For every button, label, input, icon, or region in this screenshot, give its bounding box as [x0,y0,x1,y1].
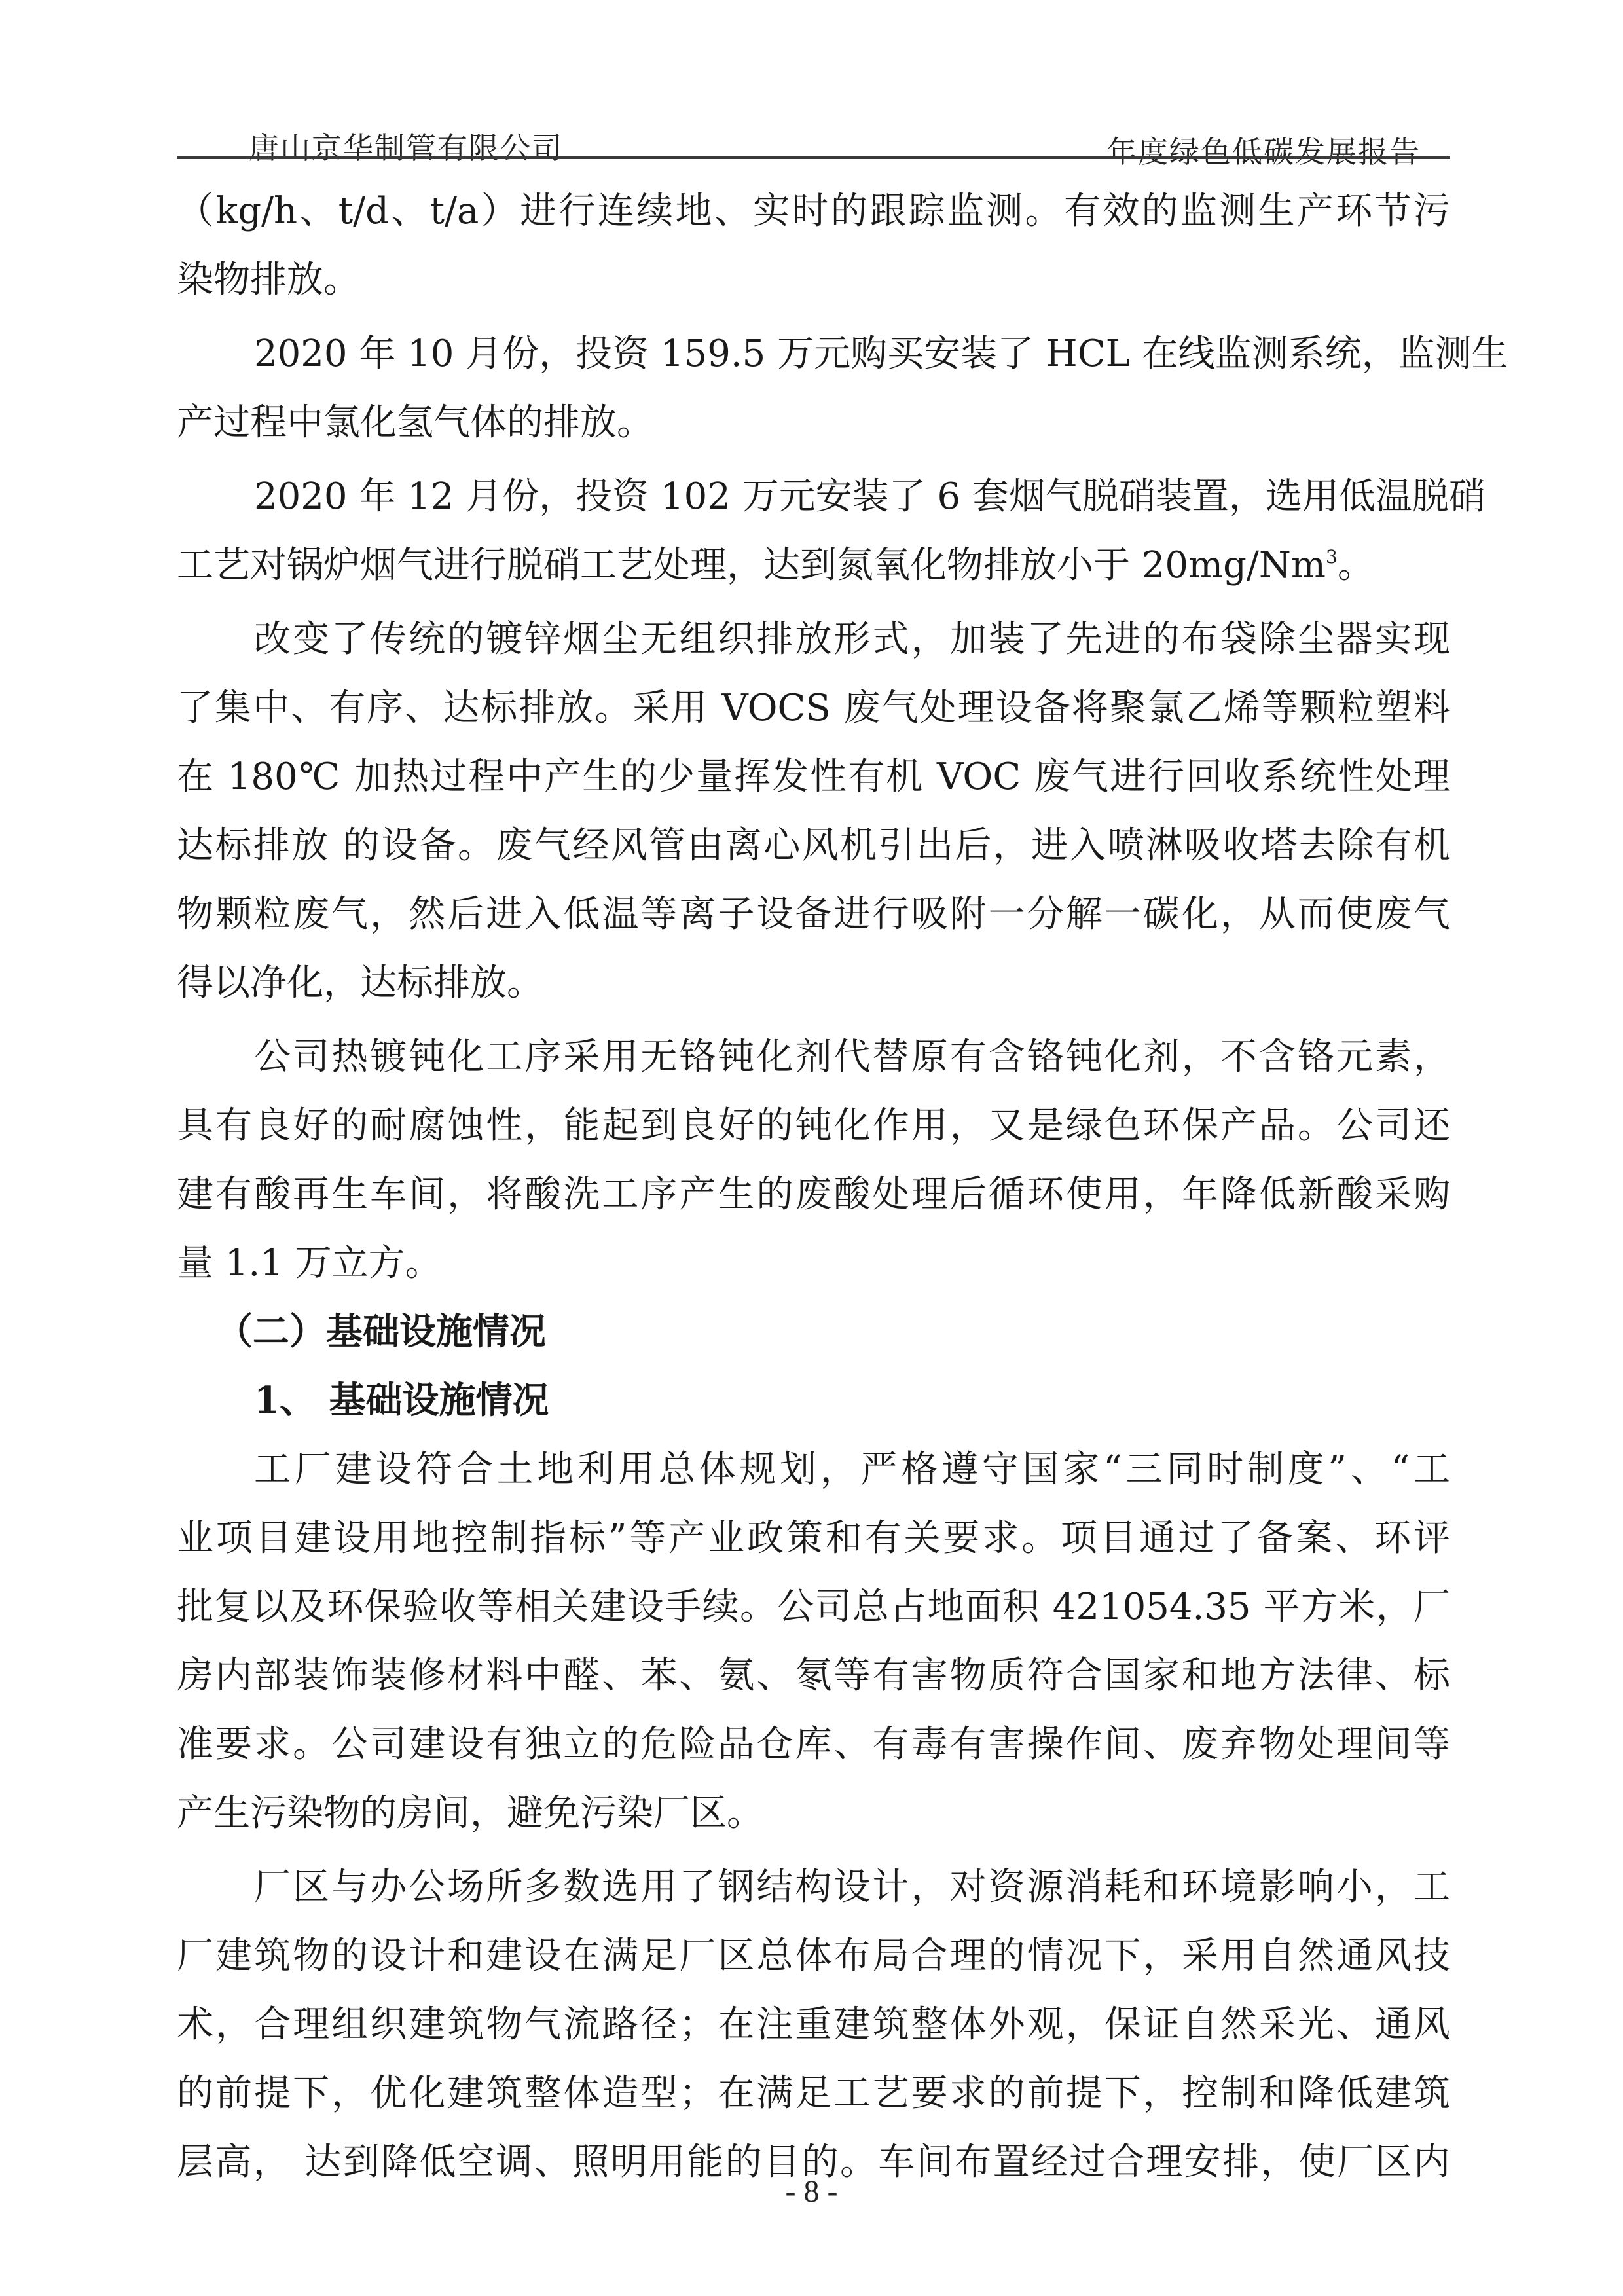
paragraph: （kg/h、t/d、t/a）进行连续地、实时的跟踪监测。有效的监测生产环节污 染… [177,177,1450,314]
paragraph: 厂区与办公场所多数选用了钢结构设计，对资源消耗和环境影响小，工 厂建筑物的设计和… [177,1853,1450,2196]
section-heading: （二）基础设施情况 [177,1298,1450,1366]
text-line: 2020 年 12 月份，投资 102 万元安装了 6 套烟气脱硝装置，选用低温… [177,462,1450,531]
subsection-heading: 1、 基础设施情况 [177,1366,1450,1435]
text-line: 工厂建设符合土地利用总体规划，严格遵守国家“三同时制度”、“工 [177,1435,1450,1504]
text-line: 准要求。公司建设有独立的危险品仓库、有毒有害操作间、废弃物处理间等 [177,1710,1450,1779]
paragraph: 2020 年 10 月份，投资 159.5 万元购买安装了 HCL 在线监测系统… [177,319,1450,457]
text-line: 量 1.1 万立方。 [177,1229,1450,1298]
text-line: 产生污染物的房间，避免污染厂区。 [177,1779,1450,1848]
text-line: 达标排放 的设备。废气经风管由离心风机引出后，进入喷淋吸收塔去除有机 [177,811,1450,880]
text-line: 具有良好的耐腐蚀性，能起到良好的钝化作用，又是绿色环保产品。公司还 [177,1091,1450,1160]
header-report-title: 年度绿色低碳发展报告 [1106,128,1421,172]
page-number: - 8 - [0,2174,1623,2210]
text-line: 产过程中氯化氢气体的排放。 [177,388,1450,457]
paragraph: 改变了传统的镀锌烟尘无组织排放形式，加装了先进的布袋除尘器实现 了集中、有序、达… [177,605,1450,1017]
document-body: （kg/h、t/d、t/a）进行连续地、实时的跟踪监测。有效的监测生产环节污 染… [177,177,1450,2196]
paragraph: 公司热镀钝化工序采用无铬钝化剂代替原有含铬钝化剂，不含铬元素， 具有良好的耐腐蚀… [177,1023,1450,1298]
text-line: 建有酸再生车间，将酸洗工序产生的废酸处理后循环使用，年降低新酸采购 [177,1160,1450,1229]
text-line: 了集中、有序、达标排放。采用 VOCS 废气处理设备将聚氯乙烯等颗粒塑料 [177,674,1450,742]
text-line: 得以净化，达标排放。 [177,949,1450,1017]
text-line: 改变了传统的镀锌烟尘无组织排放形式，加装了先进的布袋除尘器实现 [177,605,1450,674]
header-company-name: 唐山京华制管有限公司 [249,124,563,168]
text-line: 物颗粒废气，然后进入低温等离子设备进行吸附一分解一碳化，从而使废气 [177,880,1450,949]
superscript: 3 [1326,546,1338,568]
paragraph: 工厂建设符合土地利用总体规划，严格遵守国家“三同时制度”、“工 业项目建设用地控… [177,1435,1450,1848]
text-line: 厂区与办公场所多数选用了钢结构设计，对资源消耗和环境影响小，工 [177,1853,1450,1922]
text-line: 2020 年 10 月份，投资 159.5 万元购买安装了 HCL 在线监测系统… [177,319,1450,388]
text-line: 公司热镀钝化工序采用无铬钝化剂代替原有含铬钝化剂，不含铬元素， [177,1023,1450,1091]
text-line: 的前提下，优化建筑整体造型；在满足工艺要求的前提下，控制和降低建筑 [177,2059,1450,2128]
text-line: 染物排放。 [177,246,1450,314]
text-line: 在 180℃ 加热过程中产生的少量挥发性有机 VOC 废气进行回收系统性处理 [177,742,1450,811]
text-line: 厂建筑物的设计和建设在满足厂区总体布局合理的情况下，采用自然通风技 [177,1922,1450,1990]
text-line: 工艺对锅炉烟气进行脱硝工艺处理，达到氮氧化物排放小于 20mg/Nm3。 [177,531,1450,600]
text-with-unit: 工艺对锅炉烟气进行脱硝工艺处理，达到氮氧化物排放小于 20mg/Nm3。 [177,531,1374,600]
text-line: 批复以及环保验收等相关建设手续。公司总占地面积 421054.35 平方米，厂 [177,1573,1450,1641]
header-divider [177,156,1450,159]
text-line: 业项目建设用地控制指标”等产业政策和有关要求。项目通过了备案、环评 [177,1504,1450,1573]
text-line: （kg/h、t/d、t/a）进行连续地、实时的跟踪监测。有效的监测生产环节污 [177,177,1450,246]
text-line: 术，合理组织建筑物气流路径；在注重建筑整体外观，保证自然采光、通风 [177,1990,1450,2059]
page-header: 唐山京华制管有限公司 年度绿色低碳发展报告 [177,118,1450,170]
paragraph: 2020 年 12 月份，投资 102 万元安装了 6 套烟气脱硝装置，选用低温… [177,462,1450,600]
text-line: 房内部装饰装修材料中醛、苯、氨、氡等有害物质符合国家和地方法律、标 [177,1641,1450,1710]
